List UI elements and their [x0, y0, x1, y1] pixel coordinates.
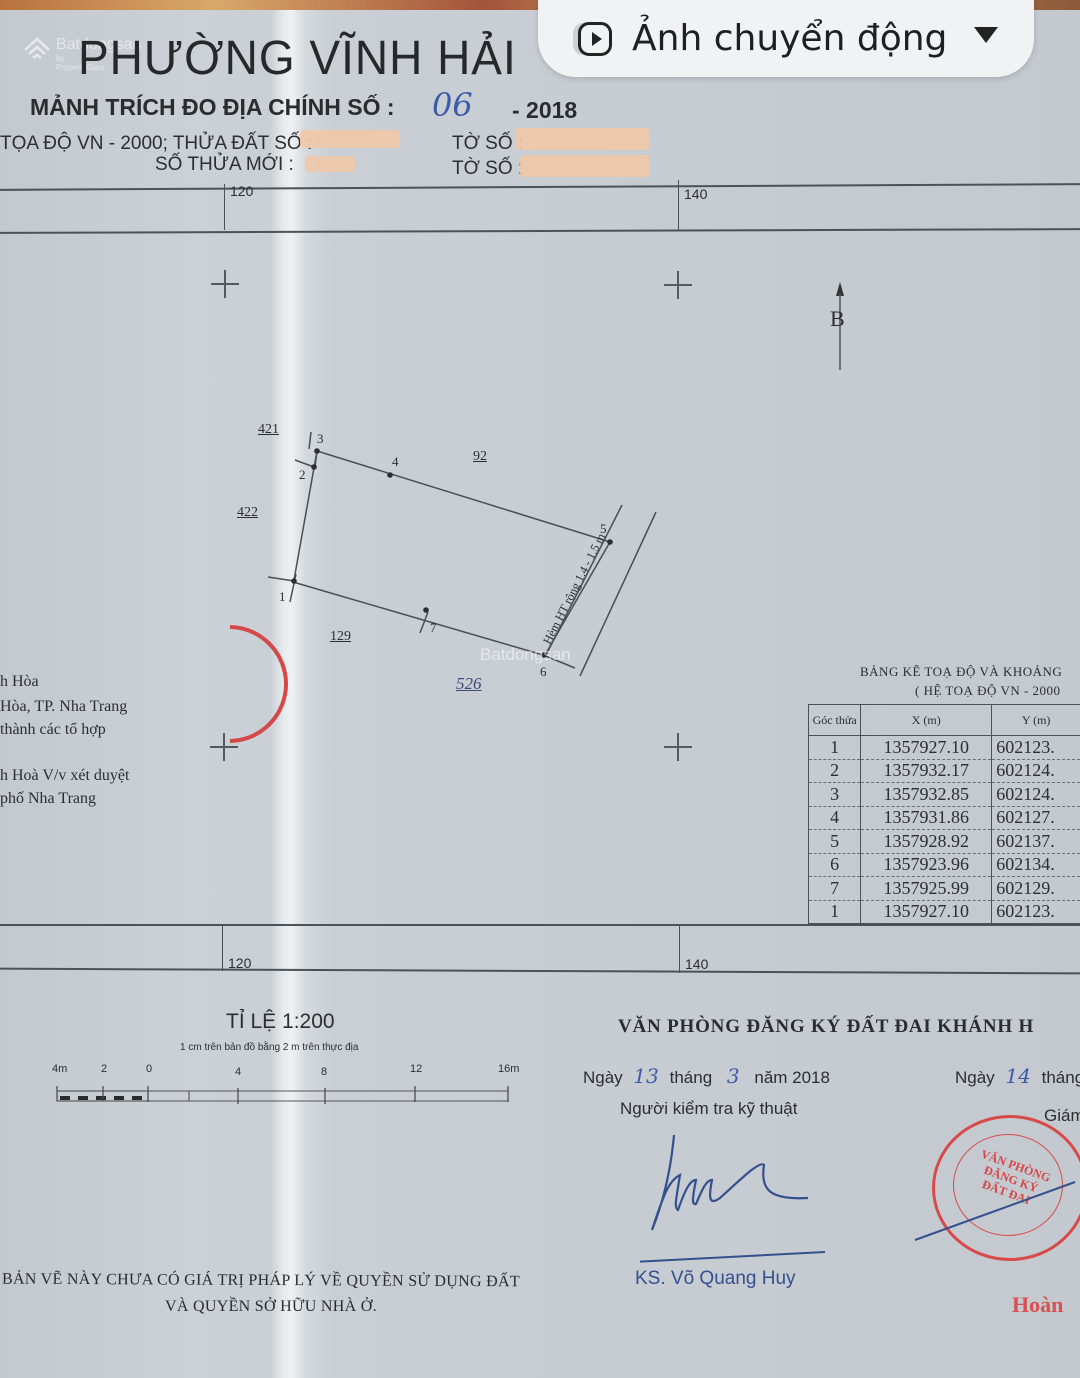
table-cell: 1: [809, 900, 861, 924]
table-cell: 1357925.99: [861, 877, 992, 901]
grid-label: 120: [228, 955, 251, 971]
note-line: phố Nha Trang: [0, 790, 96, 808]
table-row: 21357932.17602124.: [809, 759, 1080, 783]
vertex-label: 1: [279, 589, 286, 605]
table-cell: 602123.: [992, 736, 1080, 760]
legal-notice-line1: BẢN VẼ NÀY CHƯA CÓ GIÁ TRỊ PHÁP LÝ VỀ QU…: [2, 1271, 520, 1292]
table-row: 71357925.99602129.: [809, 877, 1080, 901]
table-cell: 3: [809, 783, 861, 807]
official-stamp-partial: [230, 625, 290, 745]
table-cell: 602124.: [992, 759, 1080, 783]
table-row: 11357927.10602123.: [809, 736, 1080, 760]
table-cell: 6: [809, 853, 861, 877]
table-cell: 1357927.10: [861, 900, 992, 924]
table-row: 41357931.86602127.: [809, 806, 1080, 830]
date-left: Ngày 13 tháng 3 năm 2018: [583, 1064, 830, 1088]
grid-line: [0, 924, 1080, 926]
legal-notice-line2: VÀ QUYỀN SỞ HỮU NHÀ Ở.: [165, 1298, 377, 1316]
table-cell: 1357932.85: [861, 783, 992, 807]
table-cell: 2: [809, 759, 861, 783]
table-cell: 602127.: [992, 806, 1080, 830]
table-row: 31357932.85602124.: [809, 783, 1080, 807]
office-name: VĂN PHÒNG ĐĂNG KÝ ĐẤT ĐAI KHÁNH H: [618, 1016, 1034, 1038]
signature: [640, 1130, 830, 1270]
table-cell: 4: [809, 806, 861, 830]
vertex-label: 2: [299, 467, 306, 483]
scale-note: 1 cm trên bản đồ bằng 2 m trên thực địa: [180, 1042, 358, 1053]
inspector-name: KS. Võ Quang Huy: [635, 1268, 796, 1290]
neighbor-parcel: 421: [258, 422, 279, 438]
col-header: Y (m): [992, 705, 1080, 736]
note-line: h Hoà V/v xét duyệt: [0, 767, 129, 785]
watermark-center: Batdongsan: [480, 645, 571, 665]
vertex-label: 3: [317, 431, 324, 447]
table-cell: 1357932.17: [861, 759, 992, 783]
col-header: X (m): [861, 705, 992, 736]
note-line: Hòa, TP. Nha Trang: [0, 698, 127, 716]
coord-table: Góc thửa X (m) Y (m) 11357927.10602123.2…: [808, 704, 1080, 924]
parcel-number-handwritten: 526: [456, 674, 482, 694]
table-cell: 1357927.10: [861, 736, 992, 760]
vertex-label: 4: [392, 454, 399, 470]
neighbor-parcel: 129: [330, 629, 351, 645]
grid-label: 140: [685, 956, 708, 972]
neighbor-parcel: 92: [473, 449, 487, 465]
neighbor-parcel: 422: [237, 505, 258, 521]
table-cell: 602124.: [992, 783, 1080, 807]
inspector-role: Người kiểm tra kỹ thuật: [620, 1099, 797, 1119]
table-cell: 602134.: [992, 853, 1080, 877]
date-right: Ngày 14 tháng: [955, 1064, 1080, 1088]
col-header: Góc thửa: [809, 705, 861, 736]
vertex-label: 7: [430, 620, 437, 636]
table-row: 61357923.96602134.: [809, 853, 1080, 877]
table-cell: 602137.: [992, 830, 1080, 854]
note-line: h Hòa: [0, 673, 39, 691]
director-name: Hoàn: [1012, 1292, 1063, 1318]
grid-tick: [222, 925, 223, 971]
table-cell: 602129.: [992, 877, 1080, 901]
note-line: thành các tổ hợp: [0, 721, 106, 739]
coord-table-title: BẢNG KÊ TOẠ ĐỘ VÀ KHOẢNG: [860, 664, 1062, 680]
director-role: Giám: [1044, 1106, 1080, 1126]
coord-table-system: ( HỆ TOẠ ĐỘ VN - 2000: [915, 683, 1061, 699]
table-cell: 5: [809, 830, 861, 854]
table-cell: 602123.: [992, 900, 1080, 924]
scale-title: TỈ LỆ 1:200: [226, 1010, 335, 1034]
table-row: 11357927.10602123.: [809, 900, 1080, 924]
table-cell: 1357923.96: [861, 853, 992, 877]
table-cell: 1357931.86: [861, 806, 992, 830]
table-cell: 1: [809, 736, 861, 760]
table-row: 51357928.92602137.: [809, 830, 1080, 854]
grid-tick: [679, 926, 680, 973]
table-cell: 7: [809, 877, 861, 901]
vertex-label: 6: [540, 664, 547, 680]
table-cell: 1357928.92: [861, 830, 992, 854]
